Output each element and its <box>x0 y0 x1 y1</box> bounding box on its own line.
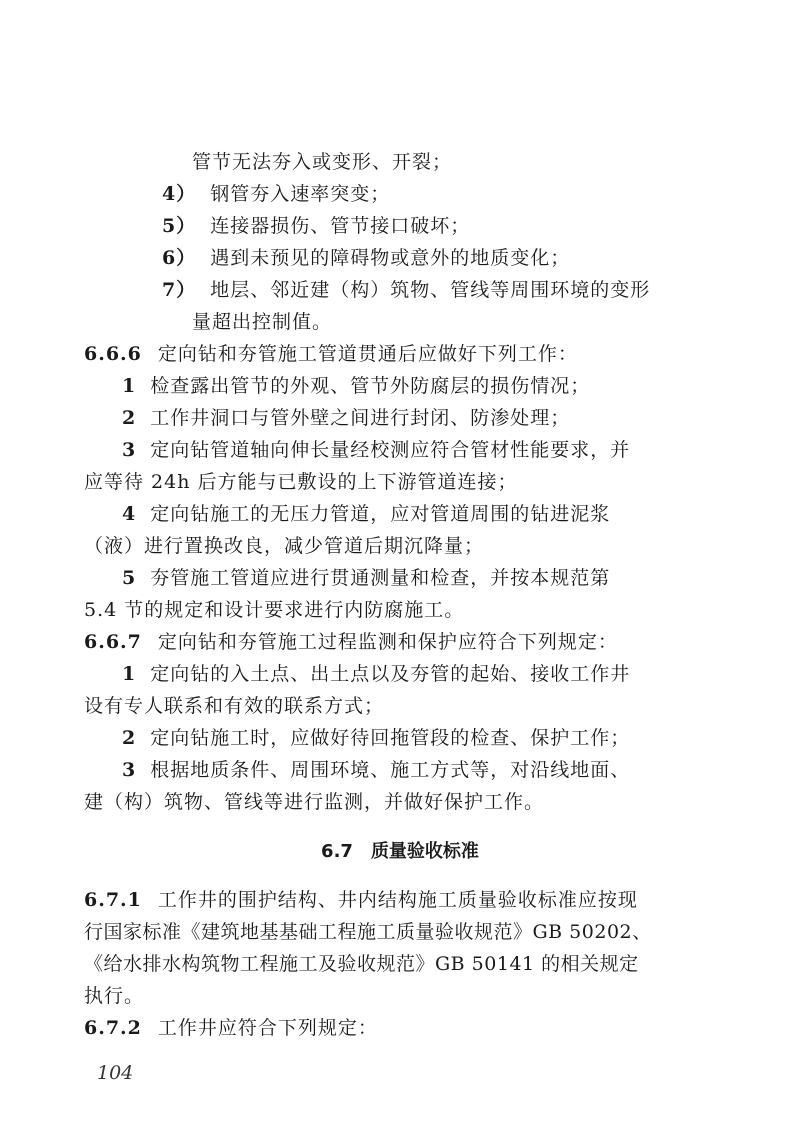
item-text: 5.4 节的规定和设计要求进行内防腐施工。 <box>84 599 464 621</box>
clause-text: 工作井应符合下列规定： <box>158 1017 378 1039</box>
item-text: （液）进行置换改良，减少管道后期沉降量； <box>84 535 484 557</box>
list-item-4: 4）钢管夯入速率突变； <box>162 182 390 206</box>
clause-number: 6.7.1 <box>84 889 142 911</box>
item-text: 钢管夯入速率突变； <box>210 183 390 205</box>
item-number: 1 <box>122 375 136 397</box>
clause-item-continuation: 设有专人联系和有效的联系方式； <box>84 694 384 718</box>
clause-number: 6.6.6 <box>84 343 142 365</box>
item-number: 2 <box>122 727 136 749</box>
clause-title: 定向钻和夯管施工管道贯通后应做好下列工作： <box>158 343 578 365</box>
item-text: 遇到未预见的障碍物或意外的地质变化； <box>210 247 570 269</box>
item-text: 定向钻的入土点、出土点以及夯管的起始、接收工作井 <box>150 663 630 685</box>
item-text: 工作井洞口与管外壁之间进行封闭、防渗处理； <box>150 407 570 429</box>
clause-number: 6.7.2 <box>84 1017 142 1039</box>
clause-item: 1检查露出管节的外观、管节外防腐层的损伤情况； <box>122 374 590 398</box>
clause-item-continuation: 建（构）筑物、管线等进行监测，并做好保护工作。 <box>84 790 544 814</box>
clause-item-continuation: 应等待 24h 后方能与已敷设的上下游管道连接； <box>84 470 518 494</box>
item-number: 6） <box>162 247 196 269</box>
item-text: 连接器损伤、管节接口破坏； <box>210 215 470 237</box>
clause-item: 2定向钻施工时，应做好待回拖管段的检查、保护工作； <box>122 726 630 750</box>
item-text: 定向钻管道轴向伸长量经校测应符合管材性能要求，并 <box>150 439 630 461</box>
item-number: 5） <box>162 215 196 237</box>
item-number: 7） <box>162 279 196 301</box>
item-number: 4 <box>122 503 136 525</box>
section-number: 6.7 <box>321 841 353 862</box>
clause-6-6-6: 6.6.6定向钻和夯管施工管道贯通后应做好下列工作： <box>84 342 578 366</box>
clause-item: 3定向钻管道轴向伸长量经校测应符合管材性能要求，并 <box>122 438 630 462</box>
list-continuation: 管节无法夯入或变形、开裂； <box>192 150 452 174</box>
item-number: 1 <box>122 663 136 685</box>
clause-item: 1定向钻的入土点、出土点以及夯管的起始、接收工作井 <box>122 662 630 686</box>
item-text: 根据地质条件、周围环境、施工方式等，对沿线地面、 <box>150 759 630 781</box>
item-text: 检查露出管节的外观、管节外防腐层的损伤情况； <box>150 375 590 397</box>
item-text: 地层、邻近建（构）筑物、管线等周围环境的变形 <box>210 279 650 301</box>
list-item-7: 7）地层、邻近建（构）筑物、管线等周围环境的变形 <box>162 278 650 302</box>
clause-continuation: 行国家标准《建筑地基基础工程施工质量验收规范》GB 50202、 <box>84 920 652 944</box>
clause-continuation: 执行。 <box>84 984 144 1008</box>
list-item-6: 6）遇到未预见的障碍物或意外的地质变化； <box>162 246 570 270</box>
item-text: 定向钻施工的无压力管道，应对管道周围的钻进泥浆 <box>150 503 610 525</box>
clause-text: 工作井的围护结构、井内结构施工质量验收标准应按现 <box>158 889 638 911</box>
clause-title: 定向钻和夯管施工过程监测和保护应符合下列规定： <box>158 631 618 653</box>
line-text: 量超出控制值。 <box>192 311 332 333</box>
clause-item: 3根据地质条件、周围环境、施工方式等，对沿线地面、 <box>122 758 630 782</box>
item-number: 5 <box>122 567 136 589</box>
item-text: 应等待 24h 后方能与已敷设的上下游管道连接； <box>84 471 518 493</box>
clause-continuation: 《给水排水构筑物工程施工及验收规范》GB 50141 的相关规定 <box>84 952 639 976</box>
clause-text: 执行。 <box>84 985 144 1007</box>
clause-item-continuation: 5.4 节的规定和设计要求进行内防腐施工。 <box>84 598 464 622</box>
clause-6-6-7: 6.6.7定向钻和夯管施工过程监测和保护应符合下列规定： <box>84 630 618 654</box>
clause-text: 《给水排水构筑物工程施工及验收规范》GB 50141 的相关规定 <box>84 953 639 975</box>
item-number: 3 <box>122 439 136 461</box>
item-text: 设有专人联系和有效的联系方式； <box>84 695 384 717</box>
section-heading-6-7: 6.7质量验收标准 <box>0 840 800 864</box>
list-item-5: 5）连接器损伤、管节接口破坏； <box>162 214 470 238</box>
clause-item: 5夯管施工管道应进行贯通测量和检查，并按本规范第 <box>122 566 610 590</box>
item-number: 3 <box>122 759 136 781</box>
item-text: 建（构）筑物、管线等进行监测，并做好保护工作。 <box>84 791 544 813</box>
item-number: 2 <box>122 407 136 429</box>
item-text: 定向钻施工时，应做好待回拖管段的检查、保护工作； <box>150 727 630 749</box>
clause-item-continuation: （液）进行置换改良，减少管道后期沉降量； <box>84 534 484 558</box>
item-text: 夯管施工管道应进行贯通测量和检查，并按本规范第 <box>150 567 610 589</box>
clause-item: 4定向钻施工的无压力管道，应对管道周围的钻进泥浆 <box>122 502 610 526</box>
clause-number: 6.6.7 <box>84 631 142 653</box>
clause-text: 行国家标准《建筑地基基础工程施工质量验收规范》GB 50202、 <box>84 921 652 943</box>
clause-item: 2工作井洞口与管外壁之间进行封闭、防渗处理； <box>122 406 570 430</box>
section-title: 质量验收标准 <box>371 841 479 862</box>
line-text: 管节无法夯入或变形、开裂； <box>192 151 452 173</box>
list-continuation: 量超出控制值。 <box>192 310 332 334</box>
clause-6-7-2: 6.7.2工作井应符合下列规定： <box>84 1016 378 1040</box>
item-number: 4） <box>162 183 196 205</box>
clause-6-7-1: 6.7.1工作井的围护结构、井内结构施工质量验收标准应按现 <box>84 888 638 912</box>
page-number: 104 <box>97 1062 133 1084</box>
